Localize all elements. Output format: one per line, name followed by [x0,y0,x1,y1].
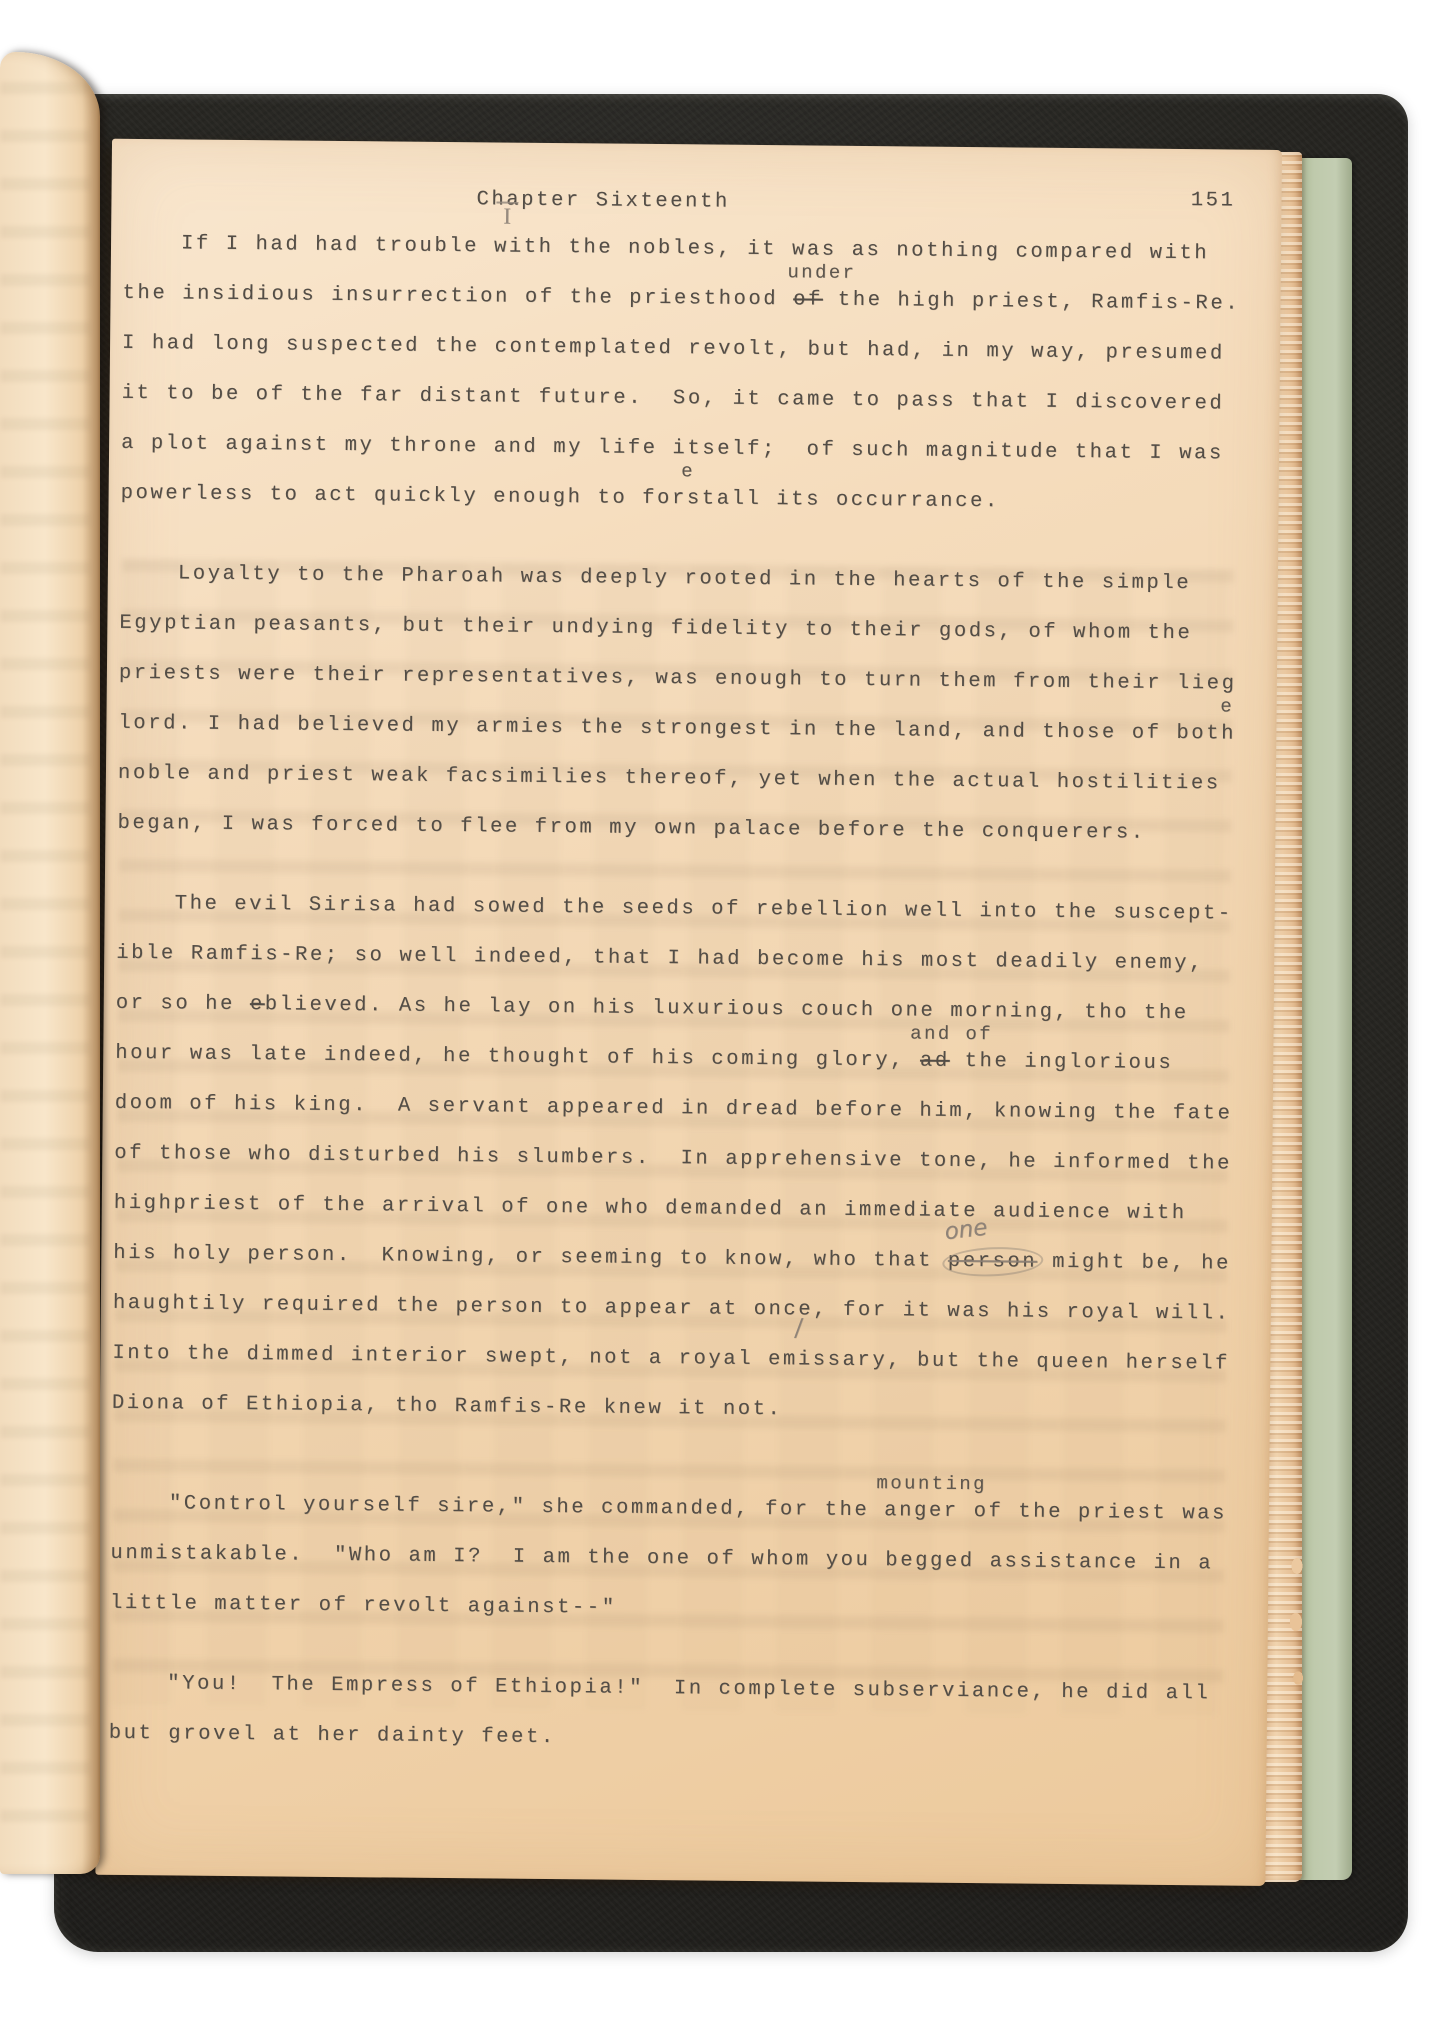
paragraph: Loyalty to the Pharoah was deeply rooted… [117,549,1258,860]
typed-insertion: under [787,262,856,285]
typed-insertion: e [681,461,695,483]
handwritten-insertion: one [943,1214,988,1245]
typed-line: began, I was forced to flee from my own … [117,799,1255,860]
struck-text: ad [920,1050,950,1073]
struck-text: e [250,993,265,1016]
handwritten-insertion: I [496,202,518,230]
page-number: 151 [1191,179,1236,223]
typed-insertion: mounting [876,1473,987,1496]
paragraph: "Control yourself sire," she commanded, … [110,1479,1249,1640]
paragraph: "You! The Empress of Ethiopia!" In compl… [109,1659,1248,1770]
manuscript-text: If I had had trouble Iwith the nobles, i… [109,219,1262,1770]
typed-insertion: e [1220,696,1234,718]
manuscript-page: Chapter Sixteenth 151 If I had had troub… [95,139,1282,1886]
photographed-manuscript-scene: Chapter Sixteenth 151 If I had had troub… [0,0,1445,2023]
struck-text: person [948,1250,1038,1274]
facing-page-edge [0,52,100,1874]
paragraph: The evil Sirisa had sowed the seeds of r… [112,879,1255,1440]
struck-text: of [793,288,823,311]
typed-content: Chapter Sixteenth 151 If I had had troub… [97,139,1282,1770]
paragraph: If I had had trouble Iwith the nobles, i… [120,219,1261,530]
typed-insertion: and of [910,1023,993,1046]
